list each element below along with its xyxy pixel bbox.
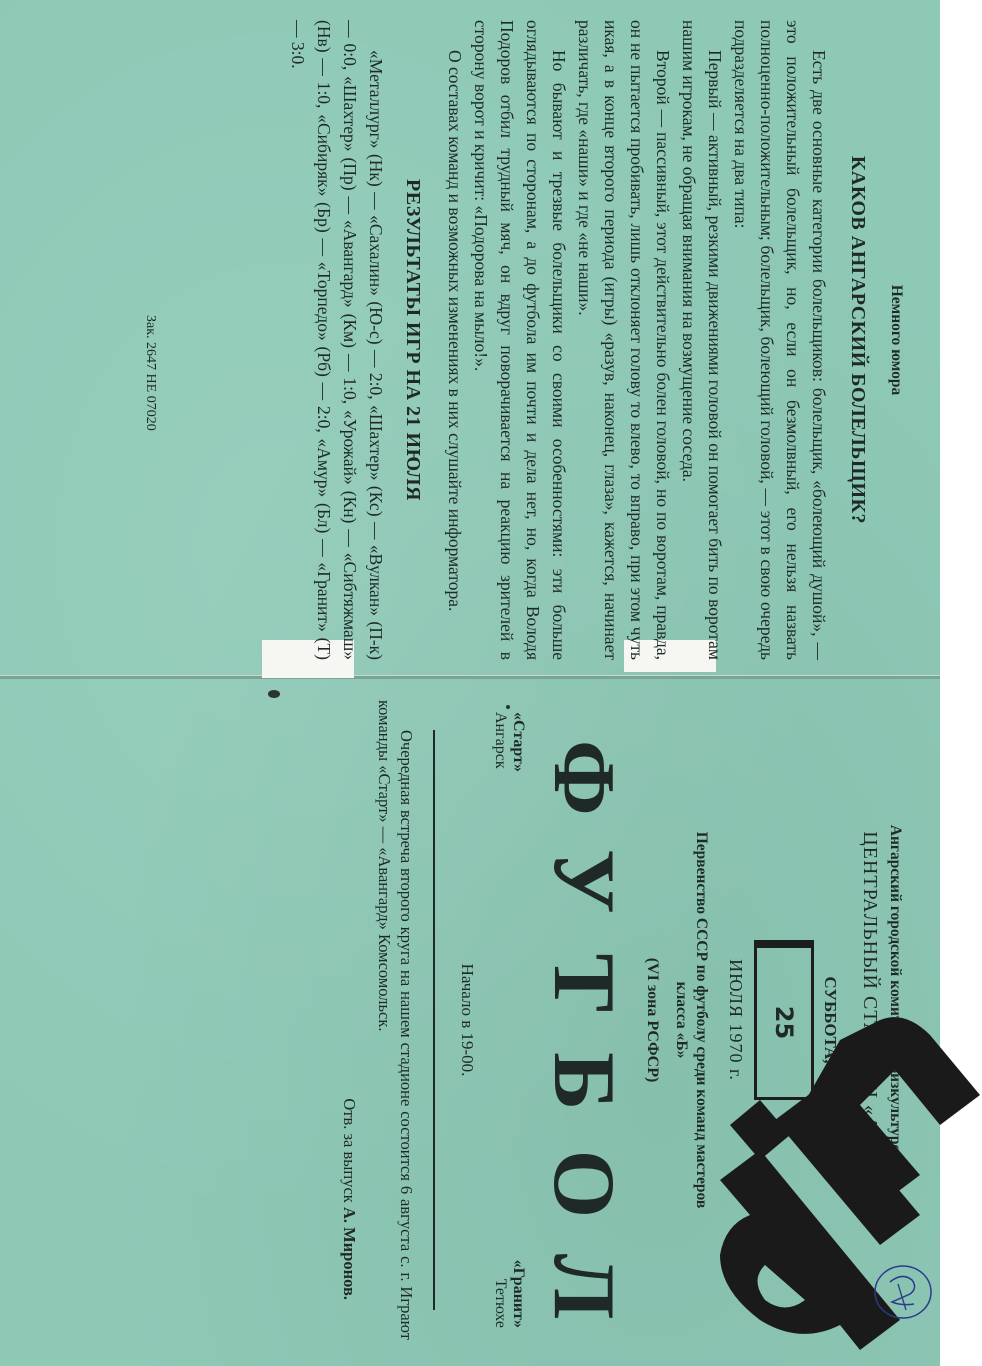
home-team-city: Ангарск xyxy=(491,712,509,772)
article-paragraph: Но бывают и трезвые болельщики со своими… xyxy=(468,20,572,660)
humor-page: Немного юмора КАКОВ АНГАРСКИЙ БОЛЕЛЬЩИК?… xyxy=(185,20,905,660)
divider xyxy=(433,730,435,1310)
home-team: «Старт» Ангарск xyxy=(491,712,527,772)
editor-name: А. Миронов. xyxy=(340,1207,359,1300)
fold-line xyxy=(0,675,940,679)
editor-credit: Отв. за выпуск А. Миронов. xyxy=(339,700,359,1300)
print-code: Зак. 2647 НЕ 07020 xyxy=(142,315,158,431)
article-paragraph: Первый — активный, резкими движениями го… xyxy=(676,20,728,660)
away-team-name: «Гранит» xyxy=(509,1260,527,1328)
home-team-name: «Старт» xyxy=(509,712,527,772)
kickoff-time: Начало в 19-00. xyxy=(457,700,477,1340)
kicker: Немного юмора xyxy=(887,20,905,660)
next-match-notice: Очередная встреча второго круга на нашем… xyxy=(373,700,417,1340)
results-list: «Металлург» (Нк) — «Сахалин» (Ю-с) — 2:0… xyxy=(285,20,389,660)
programme-title: ФУТБОЛ xyxy=(533,740,633,1340)
article-paragraph: Второй — пассивный, этот действительно б… xyxy=(572,20,676,660)
away-team: «Гранит» Тетюхе xyxy=(491,1260,527,1328)
editor-label: Отв. за выпуск xyxy=(340,1098,359,1202)
article-paragraph: О составах команд и возможных изменениях… xyxy=(442,20,468,660)
article-headline: КАКОВ АНГАРСКИЙ БОЛЕЛЬЩИК? xyxy=(846,20,869,660)
teams: «Старт» Ангарск «Гранит» Тетюхе xyxy=(491,700,527,1340)
ink-spot xyxy=(268,690,280,698)
results-heading: РЕЗУЛЬТАТЫ ИГР НА 21 ИЮЛЯ xyxy=(401,20,424,660)
zone-label: (VI зона РСФСР) xyxy=(643,700,661,1340)
din-watermark-logo xyxy=(690,1000,980,1360)
away-team-city: Тетюхе xyxy=(491,1279,509,1328)
article-paragraph: Есть две основные категории болельщиков:… xyxy=(728,20,832,660)
handwritten-stamp xyxy=(872,1262,934,1322)
championship-class: класса «Б» xyxy=(671,700,691,1340)
